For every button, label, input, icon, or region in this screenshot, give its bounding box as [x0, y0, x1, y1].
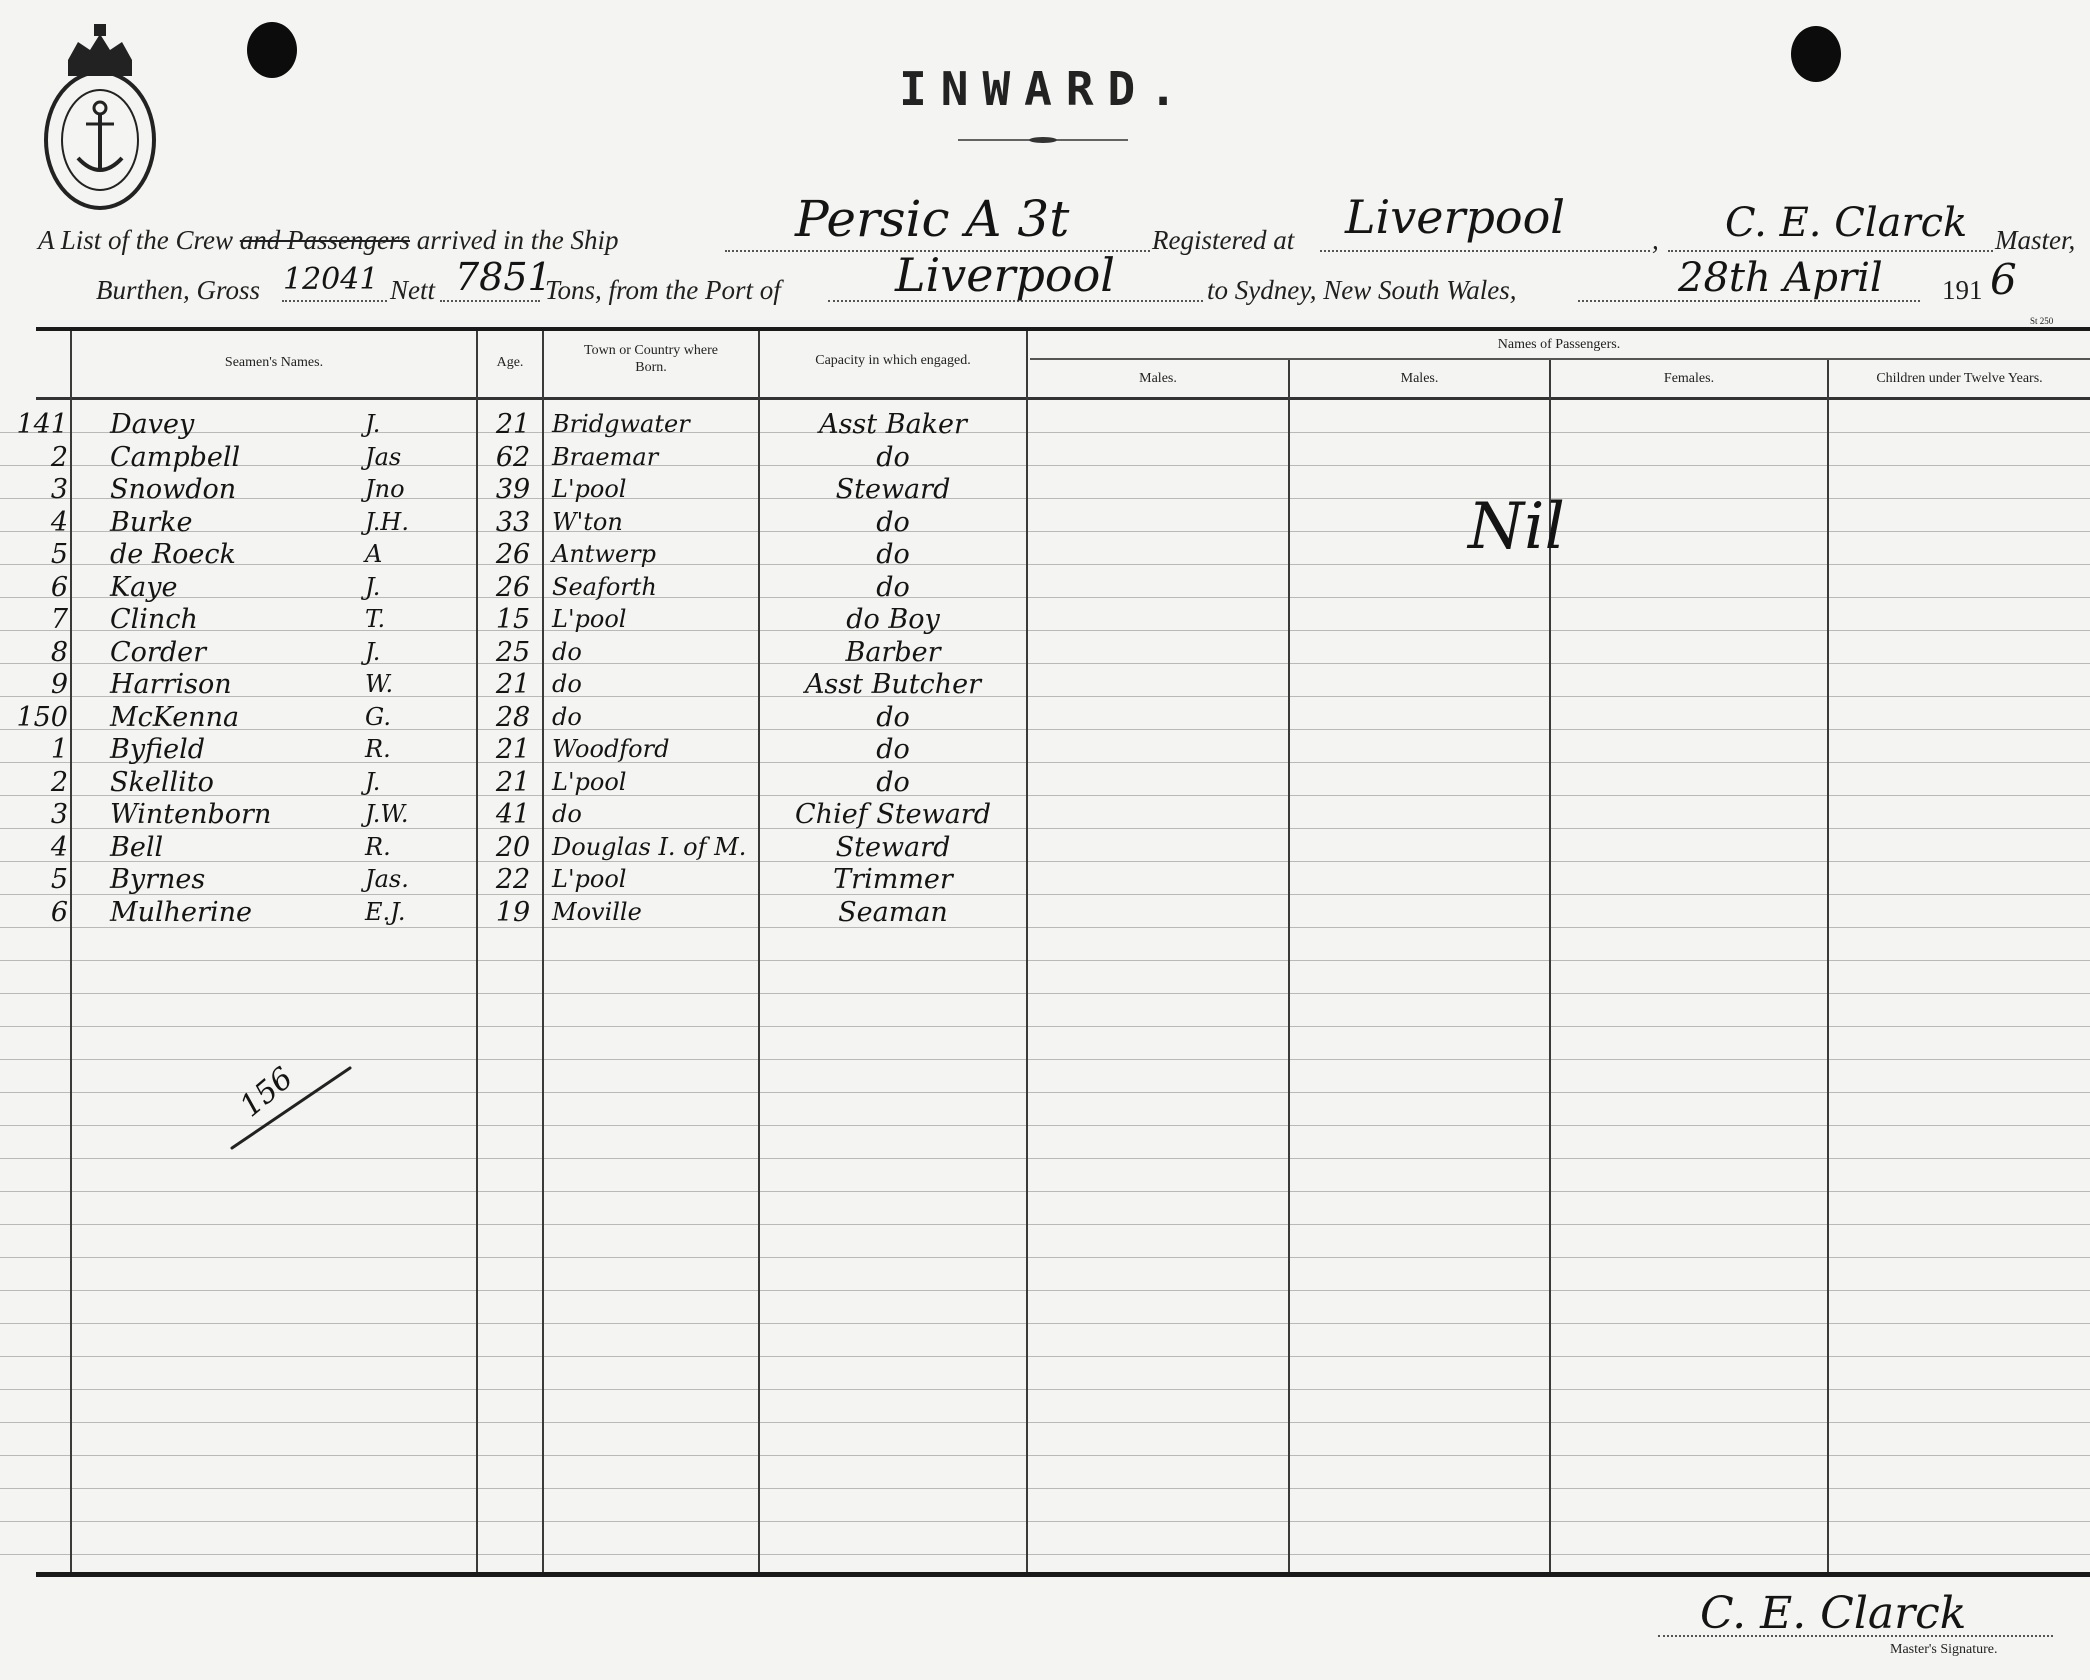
- ship-name-field[interactable]: Persic A 3t: [795, 190, 1069, 248]
- gross-line: [282, 300, 387, 302]
- birthplace[interactable]: do: [552, 798, 757, 831]
- ruled-line: [0, 1356, 2090, 1357]
- seaman-initial[interactable]: J.W.: [365, 798, 465, 831]
- birthplace[interactable]: Douglas I. of M.: [552, 831, 757, 864]
- capacity-engaged[interactable]: Steward: [762, 473, 1024, 506]
- col-line-males2: [1288, 360, 1290, 1573]
- nett-label: Nett: [390, 275, 435, 306]
- col-line-capacity: [758, 331, 760, 1573]
- col-line-passengers: [1026, 331, 1028, 1573]
- birthplace[interactable]: Woodford: [552, 733, 757, 766]
- row-number: 150: [6, 701, 68, 734]
- seaman-surname[interactable]: Byfield: [110, 733, 360, 766]
- date-field[interactable]: 28th April: [1678, 255, 1883, 301]
- burthen-label: Burthen, Gross: [96, 275, 260, 306]
- seaman-initial[interactable]: W.: [365, 668, 465, 701]
- seaman-age[interactable]: 19: [488, 896, 538, 929]
- header-males-1: Males.: [1028, 370, 1288, 387]
- row-number: 2: [6, 766, 68, 799]
- seaman-surname[interactable]: Campbell: [110, 441, 360, 474]
- ruled-line: [0, 1488, 2090, 1489]
- port-field[interactable]: Liverpool: [895, 248, 1115, 302]
- passengers-nil-note: Nil: [1468, 490, 1565, 564]
- ruled-line: [0, 1389, 2090, 1390]
- capacity-engaged[interactable]: do: [762, 701, 1024, 734]
- page-title: INWARD.: [0, 62, 2090, 116]
- birthplace[interactable]: Moville: [552, 896, 757, 929]
- row-number: 8: [6, 636, 68, 669]
- birthplace[interactable]: Braemar: [552, 441, 757, 474]
- seaman-initial[interactable]: J.: [365, 766, 465, 799]
- capacity-engaged[interactable]: do: [762, 733, 1024, 766]
- capacity-engaged[interactable]: do: [762, 766, 1024, 799]
- total-stroke-icon: [228, 1060, 358, 1160]
- capacity-engaged[interactable]: Asst Baker: [762, 408, 1024, 441]
- year-prefix: 191: [1942, 275, 1983, 306]
- header-born: Town or Country where Born.: [584, 342, 718, 376]
- seaman-initial[interactable]: J.H.: [365, 506, 465, 539]
- header-age: Age.: [478, 354, 542, 371]
- capacity-engaged[interactable]: Trimmer: [762, 863, 1024, 896]
- signature-label: Master's Signature.: [1890, 1642, 1998, 1658]
- header-bottom-rule: [36, 397, 2090, 400]
- seaman-age[interactable]: 20: [488, 831, 538, 864]
- seaman-initial[interactable]: Jas.: [365, 863, 465, 896]
- ruled-line: [0, 1455, 2090, 1456]
- birthplace[interactable]: do: [552, 701, 757, 734]
- seaman-age[interactable]: 62: [488, 441, 538, 474]
- ruled-line: [0, 1257, 2090, 1258]
- capacity-engaged[interactable]: do: [762, 506, 1024, 539]
- master-signature[interactable]: C. E. Clarck: [1700, 1588, 1966, 1639]
- ruled-line: [0, 1554, 2090, 1555]
- form-code: St 250: [2030, 316, 2053, 326]
- gross-field[interactable]: 12041: [283, 262, 378, 297]
- destination-label: to Sydney, New South Wales,: [1207, 275, 1516, 306]
- birthplace[interactable]: L'pool: [552, 603, 757, 636]
- seaman-age[interactable]: 41: [488, 798, 538, 831]
- capacity-engaged[interactable]: do: [762, 538, 1024, 571]
- birthplace[interactable]: L'pool: [552, 473, 757, 506]
- row-number: 4: [6, 506, 68, 539]
- seaman-age[interactable]: 21: [488, 668, 538, 701]
- registered-line: [1320, 250, 1650, 252]
- row-number: 7: [6, 603, 68, 636]
- registered-label: Registered at: [1152, 225, 1294, 256]
- seaman-initial[interactable]: Jno: [365, 473, 465, 506]
- seaman-surname[interactable]: Burke: [110, 506, 360, 539]
- seaman-age[interactable]: 39: [488, 473, 538, 506]
- capacity-engaged[interactable]: Seaman: [762, 896, 1024, 929]
- master-label: Master,: [1995, 225, 2075, 256]
- col-line-age: [476, 331, 478, 1573]
- seaman-initial[interactable]: R.: [365, 831, 465, 864]
- seaman-surname[interactable]: Corder: [110, 636, 360, 669]
- seaman-initial[interactable]: E.J.: [365, 896, 465, 929]
- top-rule: [36, 327, 2090, 331]
- birthplace[interactable]: Bridgwater: [552, 408, 757, 441]
- seaman-surname[interactable]: Bell: [110, 831, 360, 864]
- seaman-surname[interactable]: Wintenborn: [110, 798, 360, 831]
- seaman-initial[interactable]: T.: [365, 603, 465, 636]
- tons-from-port-label: Tons, from the Port of: [545, 275, 781, 306]
- seaman-surname[interactable]: Snowdon: [110, 473, 360, 506]
- capacity-engaged[interactable]: Asst Butcher: [762, 668, 1024, 701]
- seaman-age[interactable]: 21: [488, 408, 538, 441]
- ruled-line: [0, 1521, 2090, 1522]
- capacity-engaged[interactable]: do: [762, 571, 1024, 604]
- header-names-of-passengers: Names of Passengers.: [1028, 336, 2090, 353]
- nett-field[interactable]: 7851: [455, 255, 552, 299]
- master-name-field[interactable]: C. E. Clarck: [1725, 200, 1967, 246]
- seaman-age[interactable]: 33: [488, 506, 538, 539]
- birthplace[interactable]: W'ton: [552, 506, 757, 539]
- header-capacity: Capacity in which engaged.: [760, 352, 1026, 369]
- seaman-surname[interactable]: Mulherine: [110, 896, 360, 929]
- seaman-age[interactable]: 15: [488, 603, 538, 636]
- capacity-engaged[interactable]: do: [762, 441, 1024, 474]
- col-line-number: [70, 331, 72, 1573]
- row-number: 5: [6, 538, 68, 571]
- seaman-initial[interactable]: J.: [365, 636, 465, 669]
- seaman-age[interactable]: 26: [488, 571, 538, 604]
- birthplace[interactable]: L'pool: [552, 863, 757, 896]
- seaman-age[interactable]: 22: [488, 863, 538, 896]
- seaman-surname[interactable]: de Roeck: [110, 538, 360, 571]
- seaman-surname[interactable]: Davey: [110, 408, 360, 441]
- seaman-initial[interactable]: Jas: [365, 441, 465, 474]
- capacity-engaged[interactable]: do Boy: [762, 603, 1024, 636]
- col-line-children: [1827, 360, 1829, 1573]
- ruled-line: [0, 1422, 2090, 1423]
- row-number: 141: [6, 408, 68, 441]
- registered-at-field[interactable]: Liverpool: [1345, 190, 1565, 244]
- seaman-initial[interactable]: G.: [365, 701, 465, 734]
- birthplace[interactable]: Seaforth: [552, 571, 757, 604]
- birthplace[interactable]: do: [552, 668, 757, 701]
- nett-line: [440, 300, 540, 302]
- birthplace[interactable]: Antwerp: [552, 538, 757, 571]
- capacity-engaged[interactable]: Chief Steward: [762, 798, 1024, 831]
- row-number: 3: [6, 473, 68, 506]
- ruled-line: [0, 1191, 2090, 1192]
- birthplace[interactable]: do: [552, 636, 757, 669]
- seaman-age[interactable]: 28: [488, 701, 538, 734]
- seaman-initial[interactable]: J.: [365, 571, 465, 604]
- seaman-age[interactable]: 21: [488, 733, 538, 766]
- row-number: 6: [6, 571, 68, 604]
- seaman-surname[interactable]: Harrison: [110, 668, 360, 701]
- header-females: Females.: [1551, 370, 1827, 387]
- seaman-surname[interactable]: Clinch: [110, 603, 360, 636]
- bottom-rule: [36, 1572, 2090, 1577]
- title-ornament-icon: [958, 135, 1128, 145]
- seaman-initial[interactable]: A: [365, 538, 465, 571]
- seaman-surname[interactable]: Skellito: [110, 766, 360, 799]
- ruled-line: [0, 1323, 2090, 1324]
- header-children: Children under Twelve Years.: [1829, 370, 2090, 387]
- ruled-line: [0, 993, 2090, 994]
- row-number: 2: [6, 441, 68, 474]
- header-seamens-names: Seamen's Names.: [72, 354, 476, 371]
- header-males-2: Males.: [1290, 370, 1549, 387]
- ruled-line: [0, 960, 2090, 961]
- seaman-age[interactable]: 25: [488, 636, 538, 669]
- seaman-surname[interactable]: Byrnes: [110, 863, 360, 896]
- seaman-surname[interactable]: McKenna: [110, 701, 360, 734]
- capacity-engaged[interactable]: Steward: [762, 831, 1024, 864]
- year-suffix-field[interactable]: 6: [1990, 255, 2017, 304]
- birthplace[interactable]: L'pool: [552, 766, 757, 799]
- passenger-subheader-rule: [1030, 358, 2090, 360]
- seaman-initial[interactable]: R.: [365, 733, 465, 766]
- ruled-line: [0, 1290, 2090, 1291]
- seaman-age[interactable]: 21: [488, 766, 538, 799]
- master-line: [1668, 250, 1993, 252]
- row-number: 6: [6, 896, 68, 929]
- row-number: 1: [6, 733, 68, 766]
- list-prefix: A List of the Crew and Passengers arrive…: [38, 225, 619, 256]
- row-number: 9: [6, 668, 68, 701]
- capacity-engaged[interactable]: Barber: [762, 636, 1024, 669]
- ruled-line: [0, 1026, 2090, 1027]
- seaman-age[interactable]: 26: [488, 538, 538, 571]
- ruled-line: [0, 1224, 2090, 1225]
- row-number: 4: [6, 831, 68, 864]
- struck-passengers: and Passengers: [240, 225, 410, 255]
- seaman-initial[interactable]: J.: [365, 408, 465, 441]
- col-line-born: [542, 331, 544, 1573]
- seaman-surname[interactable]: Kaye: [110, 571, 360, 604]
- comma: ,: [1652, 225, 1659, 256]
- row-number: 5: [6, 863, 68, 896]
- row-number: 3: [6, 798, 68, 831]
